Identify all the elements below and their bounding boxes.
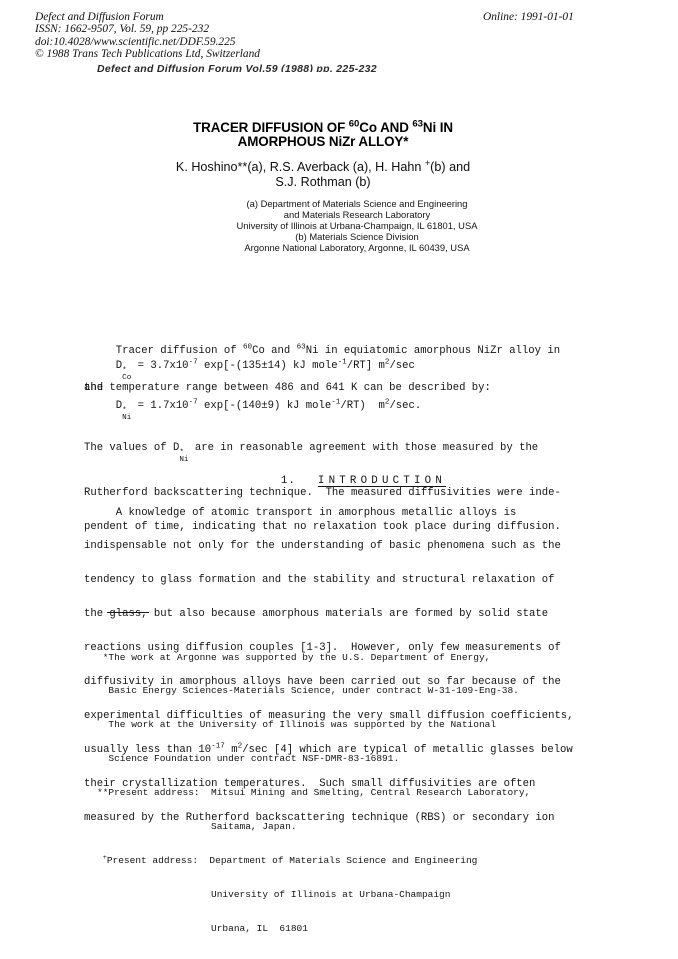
affiliations: (a) Department of Materials Science and …	[68, 199, 646, 254]
text-line: indispensable not only for the understan…	[84, 541, 574, 552]
text-line: the glass, but also because amorphous ma…	[84, 609, 574, 620]
footnote-line: The work at the University of Illinois w…	[97, 719, 530, 730]
equation-connector: and	[84, 382, 103, 394]
paper-page: Defect and Diffusion Forum ISSN: 1662-95…	[0, 0, 678, 959]
paper-title-line1: TRACER DIFFUSION OF 60Co AND 63Ni IN	[0, 121, 646, 135]
text-line: A knowledge of atomic transport in amorp…	[84, 508, 574, 519]
footnote-line: University of Illinois at Urbana-Champai…	[97, 889, 530, 900]
copyright-line: © 1988 Trans Tech Publications Ltd, Swit…	[35, 48, 260, 60]
journal-name: Defect and Diffusion Forum	[35, 11, 260, 23]
footnotes: *The work at Argonne was supported by th…	[97, 629, 530, 957]
footnote-line: Saitama, Japan.	[97, 821, 530, 832]
affiliation-line: (b) Materials Science Division	[68, 232, 646, 243]
paper-title: TRACER DIFFUSION OF 60Co AND 63Ni IN AMO…	[0, 121, 646, 149]
footnote-line: *The work at Argonne was supported by th…	[97, 652, 530, 663]
footnote-divider	[107, 612, 149, 613]
issn-line: ISSN: 1662-9507, Vol. 59, pp 225-232	[35, 23, 260, 35]
authors-line2: S.J. Rothman (b)	[0, 175, 646, 190]
clipped-citation: Defect and Diffusion Forum Vol.59 (1988)…	[97, 63, 377, 72]
footnote-line: +Present address: Department of Material…	[97, 855, 530, 866]
equation-co: D*Co = 3.7x10-7 exp[-(135±14) kJ mole-1/…	[84, 356, 415, 383]
header-left: Defect and Diffusion Forum ISSN: 1662-95…	[35, 11, 260, 61]
footnote-line: Urbana, IL 61801	[97, 923, 530, 934]
paper-title-line2: AMORPHOUS NiZr ALLOY*	[0, 135, 646, 149]
text-line: the temperature range between 486 and 64…	[84, 382, 560, 394]
equation-ni: D*Ni = 1.7x10-7 exp[-(140±9) kJ mole-1/R…	[84, 396, 421, 423]
text-line: The values of D*Ni are in reasonable agr…	[84, 443, 561, 465]
authors-line1: K. Hoshino**(a), R.S. Averback (a), H. H…	[0, 160, 646, 175]
doi-line: doi:10.4028/www.scientific.net/DDF.59.22…	[35, 36, 260, 48]
online-date: Online: 1991-01-01	[483, 11, 574, 23]
affiliation-line: Argonne National Laboratory, Argonne, IL…	[68, 243, 646, 254]
authors: K. Hoshino**(a), R.S. Averback (a), H. H…	[0, 160, 646, 189]
footnote-line: **Present address: Mitsui Mining and Sme…	[97, 787, 530, 798]
footnote-line: Science Foundation under contract NSF-DM…	[97, 753, 530, 764]
text-line: tendency to glass formation and the stab…	[84, 575, 574, 586]
footnote-line: Basic Energy Sciences-Materials Science,…	[97, 685, 530, 696]
